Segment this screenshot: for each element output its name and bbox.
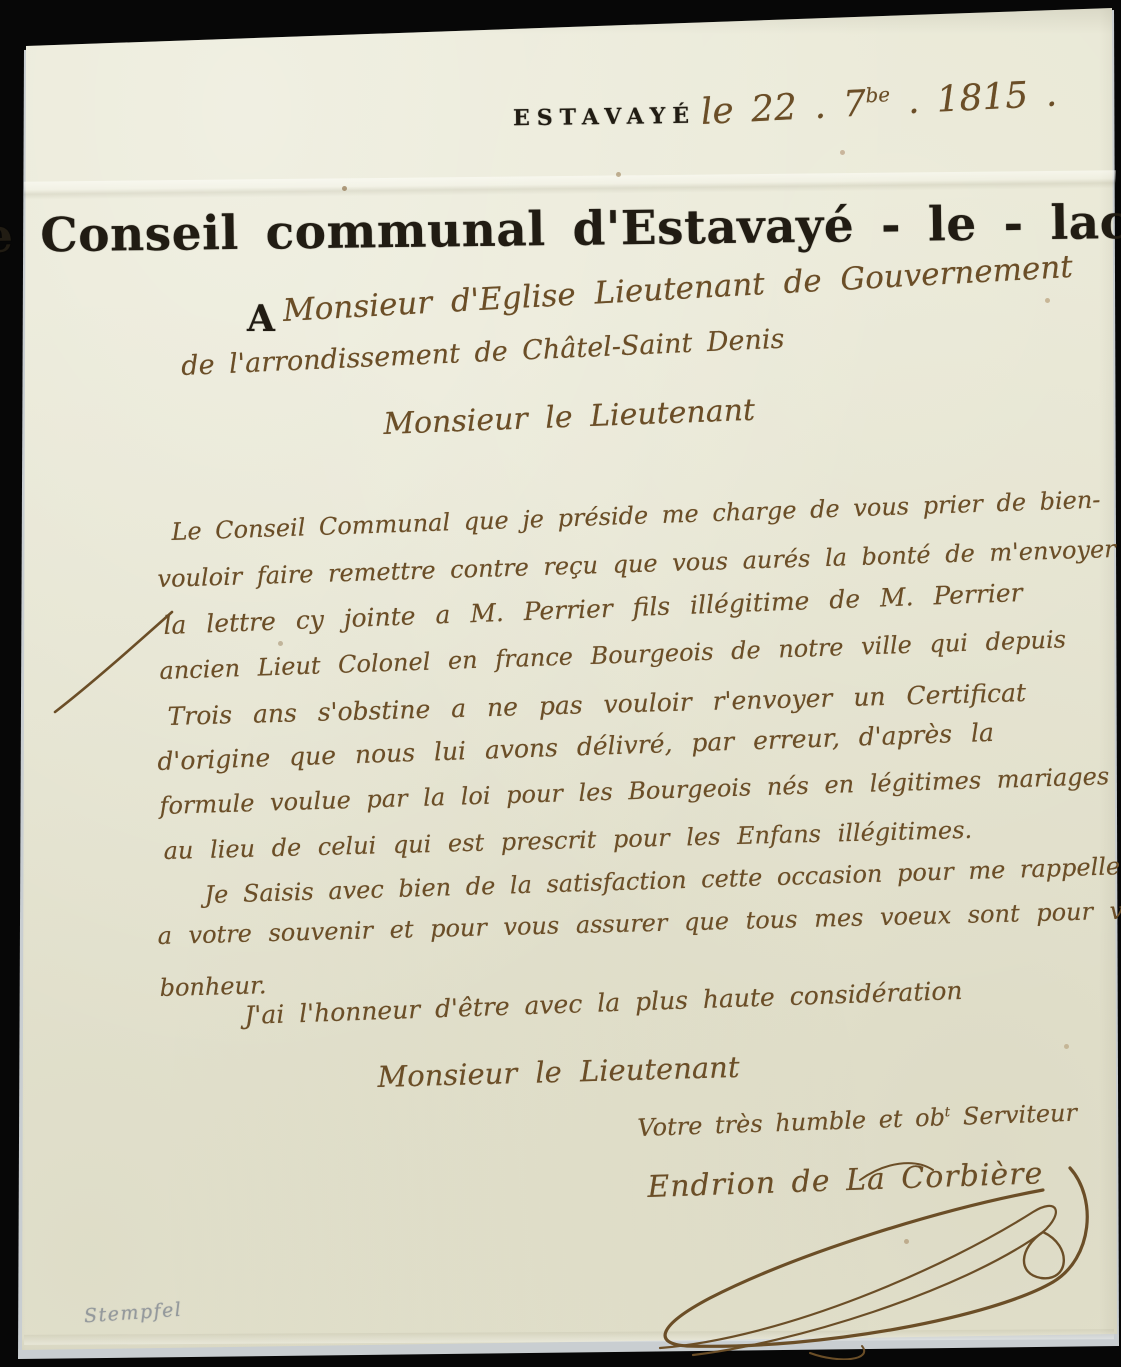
photo-background: { "palette": { "background": "#070707", … [0,0,1121,1367]
date-year: . 1815 . [889,73,1058,123]
date-superscript: be [865,83,891,107]
letterhead-place-printed: Estavayé [513,103,696,132]
valediction-tail: Serviteur [950,1099,1078,1131]
body-line: bonheur. [159,971,267,1002]
scan-stage: Estavayé le 22 . 7be . 1815 . Le Conseil… [0,0,1121,1367]
paper-specks [0,0,3,3]
address-prefix-printed: A [247,298,275,340]
date-text: le 22 . 7 [700,83,867,133]
